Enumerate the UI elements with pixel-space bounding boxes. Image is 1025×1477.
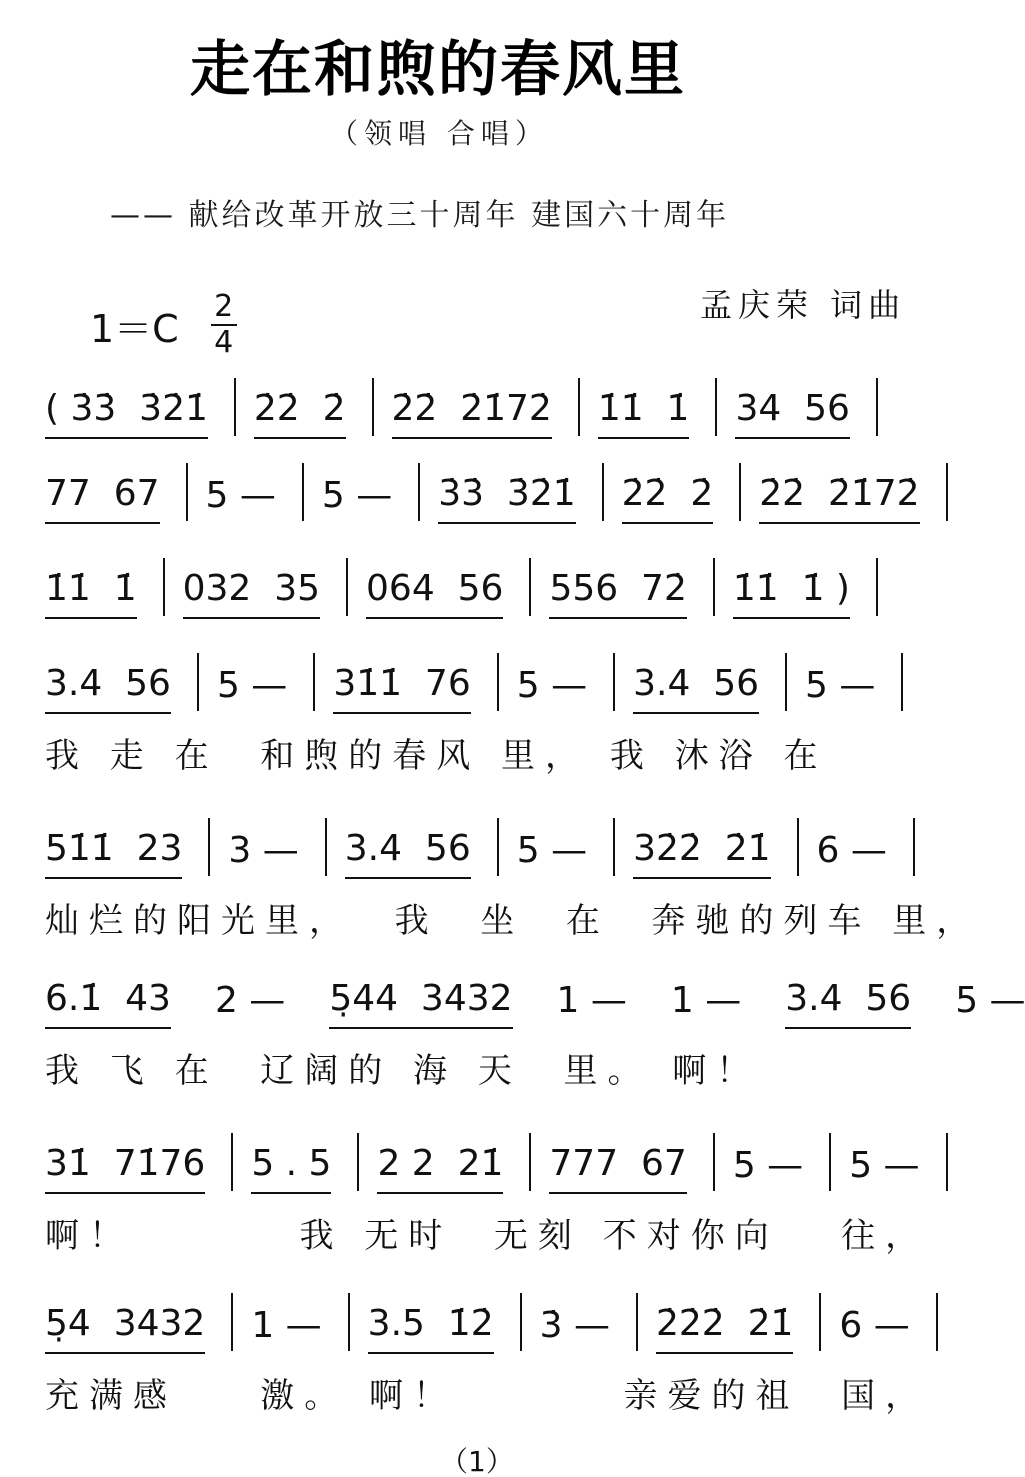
barline: [197, 653, 199, 711]
barline: [876, 378, 878, 436]
lyrics-line: 我 走 在 和煦的春风 里， 我 沐浴 在: [45, 728, 985, 777]
barline: [418, 463, 420, 521]
barline: [163, 558, 165, 616]
lyrics-line: 灿烂的阳光里， 我 坐 在 奔驰的列车 里，: [45, 893, 985, 942]
note-group: 1̇1̇ 1̇: [598, 388, 690, 439]
barline: [231, 1293, 233, 1351]
barline: [946, 463, 948, 521]
barline: [348, 1293, 350, 1351]
note-group: 5 —: [517, 830, 587, 879]
barline: [186, 463, 188, 521]
note-group: 556 72̇: [549, 568, 686, 619]
note-group: 1 —: [251, 1305, 321, 1354]
score-line: ( 3̇3̇ 3̇2̇1̇2̇2̇ 2̇2̇2̇ 2̇1̇72̇1̇1̇ 1̇3…: [45, 375, 985, 439]
barline: [520, 1293, 522, 1351]
score-line: 5̣4 34321 —3.5 1̇2̇3̇ —2̇2̇2̇ 2̇1̇6 —充满感…: [45, 1290, 985, 1417]
note-group: 5 —: [733, 1145, 803, 1194]
score-line: 51̇1̇ 233 —3.4 565 —32̇2̇ 2̇1̇6 —灿烂的阳光里，…: [45, 815, 985, 942]
note-group: 6 —: [839, 1305, 909, 1354]
note-group: 6 —: [817, 830, 887, 879]
note-group: 2 —: [215, 980, 285, 1029]
time-signature: 2 4: [211, 292, 237, 358]
note-group: 3.4 56: [345, 828, 471, 879]
barline: [497, 653, 499, 711]
score-line: 31̇ 71̇765 . 52 2 21̇777 675 —5 —啊！ 我 无时…: [45, 1130, 985, 1257]
note-group: 32̇2̇ 2̇1̇: [633, 828, 770, 879]
note-group: ( 3̇3̇ 3̇2̇1̇: [45, 388, 208, 439]
note-group: 3.4 56: [45, 663, 171, 714]
score-line: 1̇1̇ 1̇032 35064 56556 72̇1̇1̇ 1̇ ): [45, 555, 985, 619]
note-group: 064 56: [366, 568, 503, 619]
dedication: —— 献给改革开放三十周年 建国六十周年: [110, 190, 729, 234]
score-line: 6.1̇ 432 —5̣44 34321 —1 —3.4 565 —我 飞 在 …: [45, 965, 985, 1092]
note-group: 3̇ —: [540, 1305, 610, 1354]
key-signature: 1＝C: [90, 298, 179, 353]
note-group: 5̣44 3432: [329, 978, 512, 1029]
barline: [876, 558, 878, 616]
note-group: 2̇2̇2̇ 2̇1̇: [656, 1303, 793, 1354]
barline: [829, 1133, 831, 1191]
barline: [713, 1133, 715, 1191]
note-group: 6.1̇ 43: [45, 978, 171, 1029]
barline: [819, 1293, 821, 1351]
note-group: 3 —: [228, 830, 298, 879]
note-group: 2̇2̇ 2̇1̇72̇: [392, 388, 552, 439]
barline: [613, 818, 615, 876]
note-group: 1 —: [557, 980, 627, 1029]
note-group: 31̇1̇ 76: [333, 663, 470, 714]
note-group: 5 —: [849, 1145, 919, 1194]
note-row: 3.4 565 —31̇1̇ 765 —3.4 565 —: [45, 650, 985, 714]
note-group: 77 67: [45, 473, 160, 524]
note-row: 6.1̇ 432 —5̣44 34321 —1 —3.4 565 —: [45, 965, 985, 1029]
barline: [372, 378, 374, 436]
barline: [636, 1293, 638, 1351]
note-group: 5 —: [955, 980, 1025, 1029]
note-group: 51̇1̇ 23: [45, 828, 182, 879]
note-group: 34 56: [735, 388, 850, 439]
note-group: 2̇2̇ 2̇: [254, 388, 346, 439]
lyrics-line: 啊！ 我 无时 无刻 不对你向 往，: [45, 1208, 985, 1257]
barline: [325, 818, 327, 876]
note-group: 3.4 56: [633, 663, 759, 714]
note-group: 5 —: [805, 665, 875, 714]
barline: [346, 558, 348, 616]
note-group: 5 —: [206, 475, 276, 524]
note-group: 2̇2̇ 2̇1̇72̇: [759, 473, 919, 524]
note-group: 1̇1̇ 1̇: [45, 568, 137, 619]
barline: [946, 1133, 948, 1191]
author-credit: 孟庆荣 词曲: [700, 280, 906, 326]
note-row: 51̇1̇ 233 —3.4 565 —32̇2̇ 2̇1̇6 —: [45, 815, 985, 879]
song-subtitle: （领唱 合唱）: [330, 112, 549, 152]
time-signature-bottom: 4: [214, 328, 233, 358]
note-group: 3̇3̇ 3̇2̇1̇: [438, 473, 575, 524]
barline: [234, 378, 236, 436]
barline: [785, 653, 787, 711]
barline: [313, 653, 315, 711]
lyrics-line: 充满感 激。 啊！ 亲爱的祖 国，: [45, 1368, 985, 1417]
score-line: 3.4 565 —31̇1̇ 765 —3.4 565 —我 走 在 和煦的春风…: [45, 650, 985, 777]
barline: [797, 818, 799, 876]
barline: [529, 558, 531, 616]
note-group: 5̣4 3432: [45, 1303, 205, 1354]
note-row: 31̇ 71̇765 . 52 2 21̇777 675 —5 —: [45, 1130, 985, 1194]
barline: [715, 378, 717, 436]
note-group: 5 —: [517, 665, 587, 714]
note-row: 1̇1̇ 1̇032 35064 56556 72̇1̇1̇ 1̇ ): [45, 555, 985, 619]
note-group: 032 35: [183, 568, 320, 619]
note-group: 2 2 21̇: [377, 1143, 503, 1194]
barline: [208, 818, 210, 876]
note-group: 5 . 5: [251, 1143, 331, 1194]
barline: [713, 558, 715, 616]
lyrics-line: 我 飞 在 辽阔的 海 天 里。 啊！: [45, 1043, 985, 1092]
note-group: 1 —: [671, 980, 741, 1029]
note-group: 31̇ 71̇76: [45, 1143, 205, 1194]
barline: [602, 463, 604, 521]
barline: [357, 1133, 359, 1191]
barline: [913, 818, 915, 876]
score-line: 77 675 —5 —3̇3̇ 3̇2̇1̇2̇2̇ 2̇2̇2̇ 2̇1̇72…: [45, 460, 985, 524]
barline: [302, 463, 304, 521]
time-signature-top: 2: [214, 292, 233, 322]
barline: [497, 818, 499, 876]
note-group: 2̇2̇ 2̇: [622, 473, 714, 524]
note-row: ( 3̇3̇ 3̇2̇1̇2̇2̇ 2̇2̇2̇ 2̇1̇72̇1̇1̇ 1̇3…: [45, 375, 985, 439]
note-group: 5 —: [217, 665, 287, 714]
note-group: 777 67: [549, 1143, 686, 1194]
note-row: 77 675 —5 —3̇3̇ 3̇2̇1̇2̇2̇ 2̇2̇2̇ 2̇1̇72…: [45, 460, 985, 524]
key-and-meter: 1＝C 2 4: [90, 292, 237, 358]
barline: [578, 378, 580, 436]
note-group: 5 —: [322, 475, 392, 524]
barline: [231, 1133, 233, 1191]
barline: [613, 653, 615, 711]
note-group: 3.4 56: [785, 978, 911, 1029]
note-row: 5̣4 34321 —3.5 1̇2̇3̇ —2̇2̇2̇ 2̇1̇6 —: [45, 1290, 985, 1354]
note-group: 3.5 1̇2̇: [368, 1303, 494, 1354]
song-title: 走在和煦的春风里: [190, 22, 720, 108]
barline: [529, 1133, 531, 1191]
barline: [739, 463, 741, 521]
barline: [936, 1293, 938, 1351]
barline: [901, 653, 903, 711]
page-number: （1）: [440, 1440, 514, 1477]
note-group: 1̇1̇ 1̇ ): [733, 568, 850, 619]
